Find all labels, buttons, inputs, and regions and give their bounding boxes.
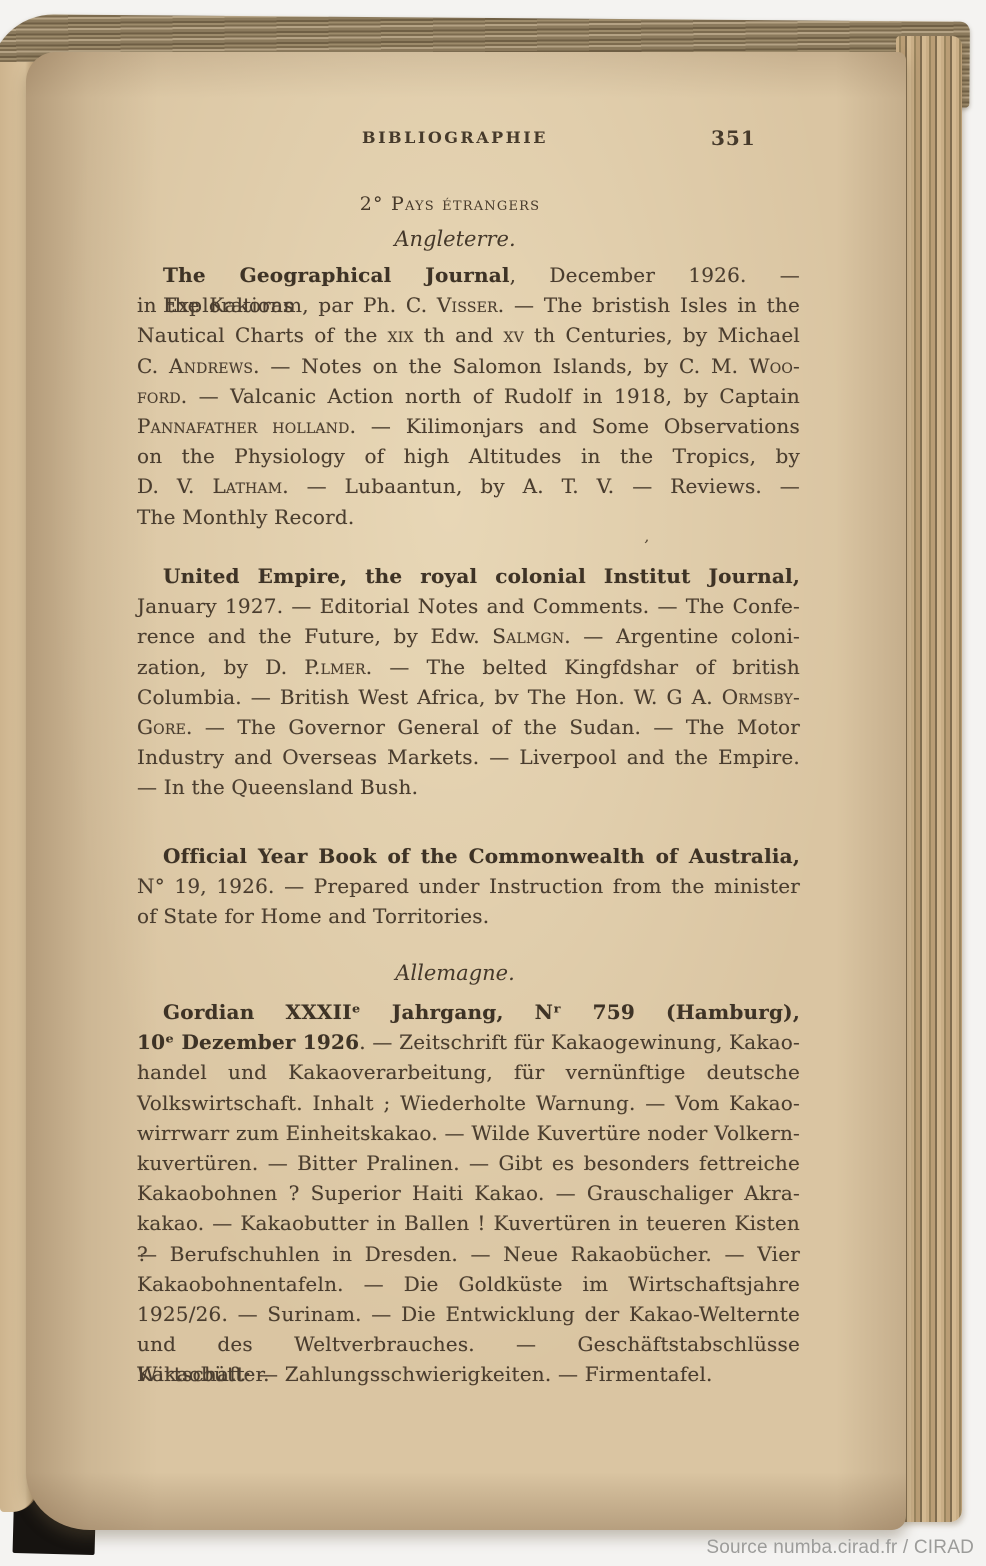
text-line: on the Physiology of high Altitudes in t… [137, 441, 800, 471]
printed-content: BIBLIOGRAPHIE 351 2° Pays étrangers Angl… [0, 0, 986, 1566]
text-segment: of State for Home and Torritories. [137, 904, 489, 928]
text-line: The Monthly Record. [137, 502, 800, 532]
text-segment: . — Valcanic Action north of Rudolf in 1… [181, 384, 800, 408]
text-segment: Wirtschaft· — Zahlungsschwierigkeiten. —… [137, 1362, 713, 1386]
smallcaps-text-segment: Gore [137, 715, 186, 739]
text-line: wirrwarr zum Einheitskakao. — Wilde Kuve… [137, 1118, 800, 1148]
bold-text-segment: Official Year Book of the Commonwealth o… [163, 844, 800, 868]
text-line: und des Weltverbrauches. — Geschäftstabs… [137, 1329, 800, 1359]
paragraph-united-empire: United Empire, the royal colonial Instit… [137, 561, 800, 803]
text-line: Nautical Charts of the xix th and xv th … [137, 320, 800, 350]
text-segment: zation, by D. P. [137, 655, 321, 679]
text-line: kakao. — Kakaobutter in Ballen ! Kuvertü… [137, 1208, 800, 1238]
scanned-book-viewer: BIBLIOGRAPHIE 351 2° Pays étrangers Angl… [0, 0, 986, 1566]
text-segment: The Monthly Record. [137, 505, 354, 529]
text-line: rence and the Future, by Edw. Salmgn. — … [137, 621, 800, 651]
paragraph-gordian: Gordian XXXIIᵉ Jahrgang, Nʳ 759 (Hamburg… [137, 997, 800, 1389]
text-segment: — Berufschuhlen in Dresden. — Neue Rakao… [137, 1242, 800, 1266]
text-line: Gore. — The Governor General of the Suda… [137, 712, 800, 742]
smallcaps-text-segment: Woo- [749, 354, 800, 378]
bold-text-segment: United Empire, the royal colonial Instit… [163, 564, 800, 588]
text-segment: . — Kilimonjars and Some Observations [350, 414, 800, 438]
text-line: Pannafather holland. — Kilimonjars and S… [137, 411, 800, 441]
text-segment: th Centuries, by Michael [524, 323, 800, 347]
text-segment: Volkswirtschaft. Inhalt ; Wiederholte Wa… [137, 1091, 800, 1115]
bold-text-segment: The Geographical Journal [163, 263, 510, 287]
text-segment: 1925/26. — Surinam. — Die Entwicklung de… [137, 1302, 800, 1326]
smallcaps-text-segment: Andrews [169, 354, 253, 378]
text-line: 10ᵉ Dezember 1926. — Zeitschrift für Kak… [137, 1027, 800, 1057]
text-segment: . — The belted Kingfdshar of british [366, 655, 800, 679]
text-line: in the Kakoram, par Ph. C. Visser. — The… [137, 290, 800, 320]
text-block: The Geographical Journal, December 1926.… [0, 0, 986, 1566]
text-segment: . — The bristish Isles in the [498, 293, 800, 317]
text-line: Official Year Book of the Commonwealth o… [137, 841, 800, 871]
paragraph-official-year-book: Official Year Book of the Commonwealth o… [137, 841, 800, 932]
source-attribution: Source numba.cirad.fr / CIRAD [706, 1537, 974, 1559]
text-segment: Industry and Overseas Markets. — Liverpo… [137, 745, 800, 769]
text-segment: kuvertüren. — Bitter Pralinen. — Gibt es… [137, 1151, 800, 1175]
text-line: kuvertüren. — Bitter Pralinen. — Gibt es… [137, 1148, 800, 1178]
text-line: zation, by D. P.lmer. — The belted Kingf… [137, 652, 800, 682]
text-segment: . — Zeitschrift für Kakaogewinung, Kakao… [359, 1030, 800, 1054]
text-segment: D. V. [137, 474, 212, 498]
text-segment: N° 19, 1926. — Prepared under Instructio… [137, 874, 800, 898]
smallcaps-text-segment: lmer [321, 655, 366, 679]
text-segment: Nautical Charts of the [137, 323, 388, 347]
smallcaps-text-segment: Salmgn [492, 624, 564, 648]
text-segment: on the Physiology of high Altitudes in t… [137, 444, 800, 468]
smallcaps-text-segment: Pannafather holland [137, 414, 350, 438]
text-segment: in the Kakoram, par Ph. C. [137, 293, 437, 317]
text-line: United Empire, the royal colonial Instit… [137, 561, 800, 591]
text-line: Kakaobohnentafeln. — Die Goldküste im Wi… [137, 1269, 800, 1299]
text-segment: rence and the Future, by Edw. [137, 624, 492, 648]
text-segment: handel und Kakaoverarbeitung, für vernün… [137, 1060, 800, 1084]
text-line: Columbia. — British West Africa, bv The … [137, 682, 800, 712]
text-line: 1925/26. — Surinam. — Die Entwicklung de… [137, 1299, 800, 1329]
text-line: Gordian XXXIIᵉ Jahrgang, Nʳ 759 (Hamburg… [137, 997, 800, 1027]
text-segment: . — Argentine coloni- [564, 624, 800, 648]
text-line: The Geographical Journal, December 1926.… [137, 260, 800, 290]
text-segment: . — Notes on the Salomon Islands, by C. … [253, 354, 749, 378]
text-segment: th and [414, 323, 504, 347]
text-line: Kakaobohnen ? Superior Haiti Kakao. — Gr… [137, 1178, 800, 1208]
text-line: N° 19, 1926. — Prepared under Instructio… [137, 871, 800, 901]
bold-text-segment: Gordian XXXIIᵉ Jahrgang, Nʳ 759 (Hamburg… [163, 1000, 800, 1024]
text-segment: . — The Governor General of the Sudan. —… [186, 715, 800, 739]
text-line: of State for Home and Torritories. [137, 901, 800, 931]
text-line: January 1927. — Editorial Notes and Comm… [137, 591, 800, 621]
text-segment: — In the Queensland Bush. [137, 775, 418, 799]
smallcaps-text-segment: ford [137, 384, 181, 408]
smallcaps-text-segment: Ormsby- [722, 685, 800, 709]
smallcaps-text-segment: Visser [437, 293, 498, 317]
smallcaps-text-segment: xv [503, 323, 523, 347]
bold-text-segment: 10ᵉ Dezember 1926 [137, 1030, 359, 1054]
text-line: Wirtschaft· — Zahlungsschwierigkeiten. —… [137, 1359, 800, 1389]
smallcaps-text-segment: Latham [212, 474, 282, 498]
text-line: Industry and Overseas Markets. — Liverpo… [137, 742, 800, 772]
text-line: handel und Kakaoverarbeitung, für vernün… [137, 1057, 800, 1087]
text-segment: C. [137, 354, 169, 378]
text-segment: Kakaobohnentafeln. — Die Goldküste im Wi… [137, 1272, 800, 1296]
text-segment: January 1927. — Editorial Notes and Comm… [137, 594, 800, 618]
text-line: Volkswirtschaft. Inhalt ; Wiederholte Wa… [137, 1088, 800, 1118]
text-line: C. Andrews. — Notes on the Salomon Islan… [137, 351, 800, 381]
smallcaps-text-segment: xix [388, 323, 414, 347]
text-segment: wirrwarr zum Einheitskakao. — Wilde Kuve… [137, 1121, 800, 1145]
text-line: — Berufschuhlen in Dresden. — Neue Rakao… [137, 1239, 800, 1269]
text-segment: Kakaobohnen ? Superior Haiti Kakao. — Gr… [137, 1181, 800, 1205]
text-line: — In the Queensland Bush. [137, 772, 800, 802]
paragraph-geographical-journal: The Geographical Journal, December 1926.… [137, 260, 800, 532]
text-line: ford. — Valcanic Action north of Rudolf … [137, 381, 800, 411]
text-segment: Columbia. — British West Africa, bv The … [137, 685, 722, 709]
text-line: D. V. Latham. — Lubaantun, by A. T. V. —… [137, 471, 800, 501]
text-segment: . — Lubaantun, by A. T. V. — Reviews. — [282, 474, 800, 498]
